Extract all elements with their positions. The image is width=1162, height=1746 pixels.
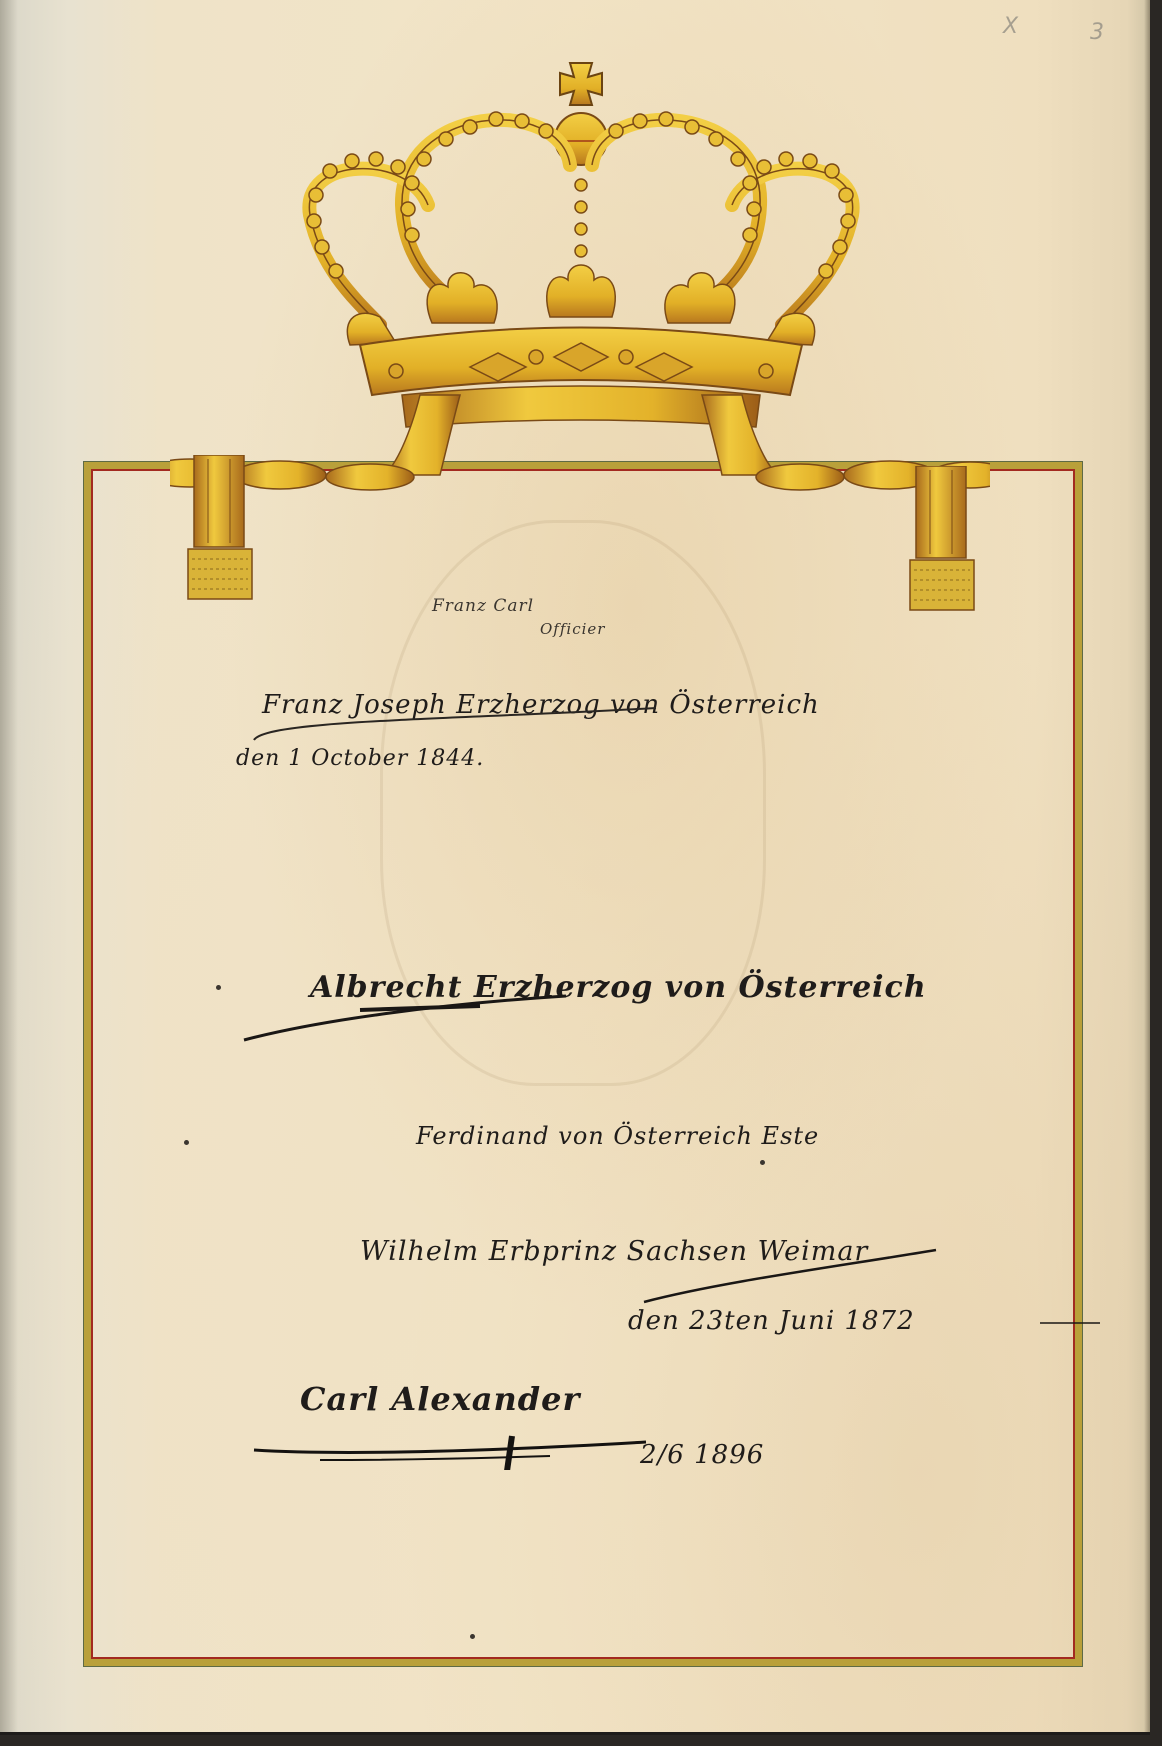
signature-flourish: [640, 1246, 940, 1306]
twisted-cord: [170, 459, 990, 490]
ink-mark: [216, 985, 221, 990]
signature-flourish: [240, 990, 570, 1050]
pencil-annotation-x: X: [1003, 14, 1018, 39]
pencil-annotation-page-number: 3: [1090, 20, 1104, 45]
signature-flourish: [246, 700, 666, 750]
date-underline: [1040, 1318, 1100, 1328]
crown-illustration: [170, 55, 990, 615]
ink-mark: [470, 1634, 475, 1639]
signature-flourish: [250, 1420, 650, 1470]
manuscript-page: X 3: [0, 0, 1150, 1735]
page-edge: [1144, 0, 1150, 1732]
handwritten-name: Carl Alexander: [300, 1380, 580, 1418]
handwritten-date: den 23ten Juni 1872: [628, 1306, 915, 1336]
handwritten-date: 2/6 1896: [640, 1440, 764, 1470]
ink-mark: [760, 1160, 765, 1165]
handwritten-name: Franz Carl: [432, 596, 534, 616]
handwritten-title: Officier: [540, 620, 605, 638]
left-tassel-illustration: [186, 455, 256, 605]
ink-mark: [184, 1140, 189, 1145]
cross-icon: [560, 63, 602, 105]
binding-shadow: [0, 0, 18, 1732]
handwritten-name: Ferdinand von Österreich Este: [416, 1122, 819, 1150]
right-tassel-illustration: [908, 466, 978, 616]
